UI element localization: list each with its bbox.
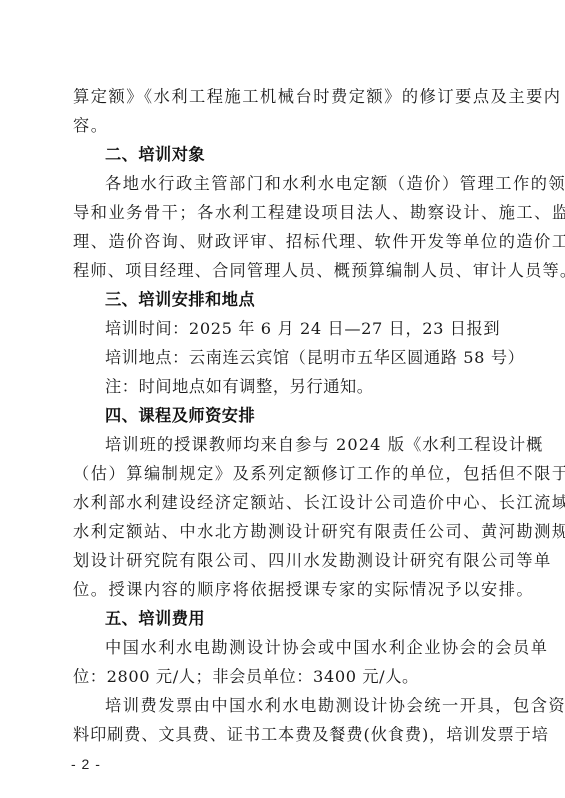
section-heading-courses-teachers: 四、课程及师资安排	[105, 401, 495, 430]
training-time: 培训时间：2025 年 6 月 24 日—27 日，23 日报到	[105, 314, 495, 343]
paragraph-line: 算定额》《水利工程施工机械台时费定额》的修订要点及主要内	[73, 82, 495, 111]
paragraph-line: 位。授课内容的顺序将依据授课专家的实际情况予以安排。	[73, 575, 495, 604]
paragraph-line: 培训班的授课教师均来自参与 2024 版《水利工程设计概	[105, 430, 495, 459]
paragraph-line: 水利部水利建设经济定额站、长江设计公司造价中心、长江流域	[73, 488, 495, 517]
paragraph-line: 中国水利水电勘测设计协会或中国水利企业协会的会员单	[105, 633, 495, 662]
paragraph-line: 理、造价咨询、财政评审、招标代理、软件开发等单位的造价工	[73, 227, 495, 256]
paragraph-line: （估）算编制规定》及系列定额修订工作的单位，包括但不限于	[73, 459, 495, 488]
paragraph-line: 水利定额站、中水北方勘测设计研究有限责任公司、黄河勘测规	[73, 517, 495, 546]
notice-line: 注：时间地点如有调整，另行通知。	[105, 372, 495, 401]
section-heading-fees: 五、培训费用	[105, 604, 495, 633]
paragraph-line: 料印刷费、文具费、证书工本费及餐费(伙食费)，培训发票于培	[73, 720, 495, 749]
section-heading-schedule-location: 三、培训安排和地点	[105, 285, 495, 314]
paragraph-line: 容。	[73, 111, 495, 140]
document-page: 算定额》《水利工程施工机械台时费定额》的修订要点及主要内 容。 二、培训对象 各…	[0, 0, 565, 798]
paragraph-line: 程师、项目经理、合同管理人员、概预算编制人员、审计人员等。	[73, 256, 495, 285]
section-heading-training-targets: 二、培训对象	[105, 140, 495, 169]
training-location: 培训地点：云南连云宾馆（昆明市五华区圆通路 58 号）	[105, 343, 495, 372]
paragraph-line: 各地水行政主管部门和水利水电定额（造价）管理工作的领	[105, 169, 495, 198]
page-number: - 2 -	[71, 756, 101, 772]
fee-amounts: 位：2800 元/人；非会员单位：3400 元/人。	[73, 662, 495, 691]
paragraph-line: 培训费发票由中国水利水电勘测设计协会统一开具，包含资	[105, 691, 495, 720]
paragraph-line: 导和业务骨干；各水利工程建设项目法人、勘察设计、施工、监	[73, 198, 495, 227]
paragraph-line: 划设计研究院有限公司、四川水发勘测设计研究有限公司等单	[73, 546, 495, 575]
